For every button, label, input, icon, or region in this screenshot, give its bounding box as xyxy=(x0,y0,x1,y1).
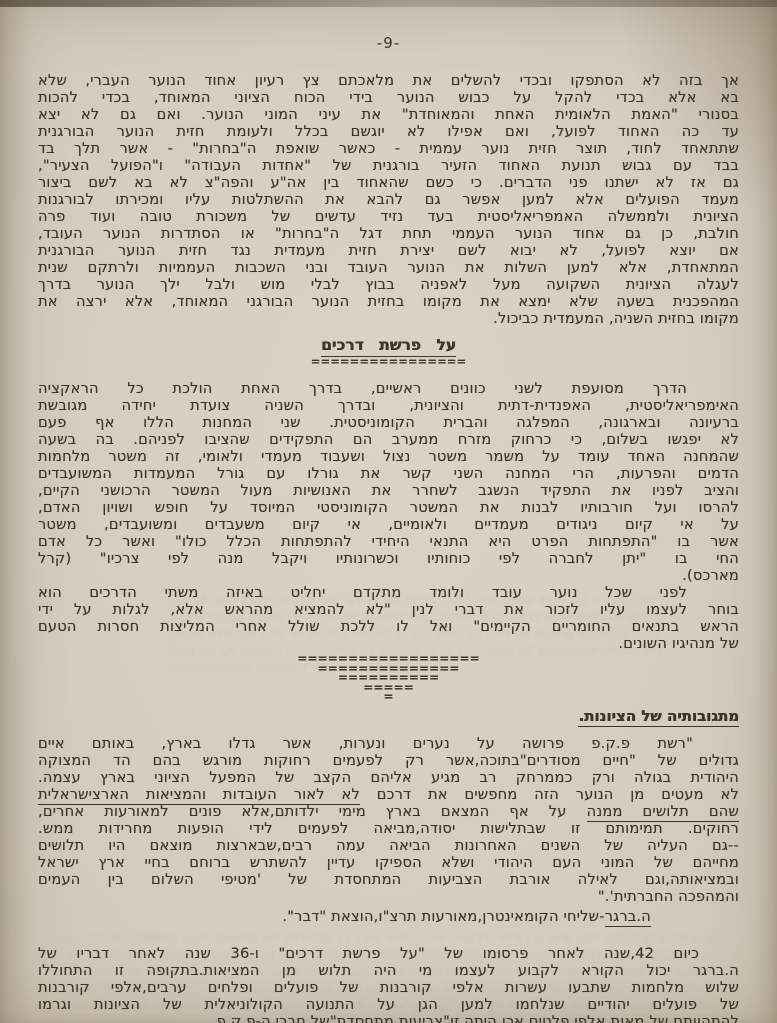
equals-divider: ========================================… xyxy=(38,654,739,702)
crossroads-heading-text: על פרשת דרכים xyxy=(321,336,456,357)
source-rest-text: -שליחי הקומאינטרן,מאורעות תרצ"ו,הוצאת "ד… xyxy=(282,908,604,925)
crossroads-paragraph-1: הדרך מסועפת לשני כוונים ראשיים, בדרך האח… xyxy=(38,380,739,584)
quote-source-line: ה.ברגר-שליחי הקומאינטרן,מאורעות תרצ"ו,הו… xyxy=(38,908,651,925)
section-heading-zionism-reactions: מתגובותיה של הציונות. xyxy=(38,706,739,727)
intro-paragraph: אך בזה לא הסתפקו ובכדי להשלים את מלאכתם … xyxy=(38,72,739,327)
quote-line5-plain: על אף המצאם בארץ מימי ילדותם,אלא פונים ל… xyxy=(38,803,587,820)
quote-line4-plain: לא מעטים מן הנוער הזה מחפשים את דרכם xyxy=(360,786,739,803)
zionism-quote-paragraph: "רשת פ.ק.פ פרושה על נערים ונערות, אשר גד… xyxy=(38,735,739,905)
section-heading-crossroads: על פרשת דרכים ================ xyxy=(38,335,739,366)
crossroads-paragraph-2: לפני שכל נוער עובד ולומד מתקדם יחליט באי… xyxy=(38,584,739,652)
scanned-page: -9- אך בזה לא הסתפקו ובכדי להשלים את מלא… xyxy=(0,0,777,1023)
closing-paragraph: כיום 42,שנה לאחר פרסומו של "על פרשת דרכי… xyxy=(38,945,739,1023)
source-author-underlined: ה.ברגר xyxy=(605,908,651,927)
underlined-phrase-part2: שהם תלושים ממנה xyxy=(587,803,739,822)
quote-lines-b: רחוקים. תמימותם זו שבתלישות יסודה,מביאה … xyxy=(38,820,739,905)
zionism-heading-text: מתגובותיה של הציונות. xyxy=(578,707,739,727)
quote-lines-a: "רשת פ.ק.פ פרושה על נערים ונערות, אשר גד… xyxy=(38,735,739,786)
quote-line-mixed-2: שהם תלושים ממנה על אף המצאם בארץ מימי יל… xyxy=(38,803,739,820)
page-number: -9- xyxy=(38,0,739,52)
quote-line-mixed-1: לא מעטים מן הנוער הזה מחפשים את דרכם לא … xyxy=(38,786,739,803)
heading-underline-equals: ================ xyxy=(38,357,739,366)
